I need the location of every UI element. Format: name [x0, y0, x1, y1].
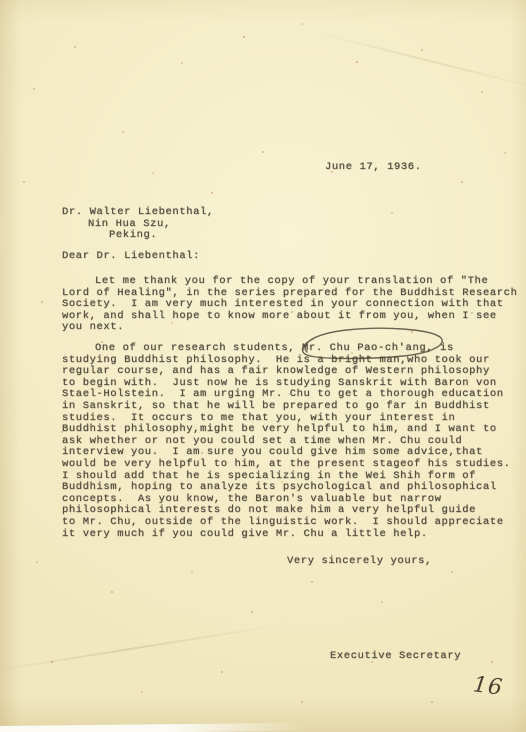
handwritten-page-number: 16: [472, 679, 503, 694]
recipient-city: Peking.: [62, 230, 214, 242]
closing-line: Very sincerely yours,: [287, 556, 432, 568]
letter-line: work, and shall hope to know more about …: [62, 311, 517, 323]
letter-line: Buddhism, hoping to analyze its psycholo…: [62, 482, 511, 494]
salutation: Dear Dr. Liebenthal:: [62, 251, 200, 263]
letter-line: you next.: [62, 322, 517, 334]
letter-line: Buddhist philosophy,might be very helpfu…: [62, 424, 511, 436]
letter-content: June 17, 1936. Dr. Walter Liebenthal, Ni…: [0, 0, 526, 732]
paragraph-1: Let me thank you for the copy of your tr…: [62, 276, 517, 334]
letter-line: would be very helpful to him, at the pre…: [62, 459, 511, 471]
letter-line: in Sanskrit, so that he will be prepared…: [62, 401, 511, 413]
letter-date: June 17, 1936.: [325, 162, 422, 174]
signature-title: Executive Secretary: [330, 651, 461, 663]
recipient-address: Dr. Walter Liebenthal, Nin Hua Szu, Peki…: [62, 207, 214, 242]
letter-line: One of our research students, Mr. Chu Pa…: [62, 343, 511, 355]
letter-line: Let me thank you for the copy of your tr…: [62, 276, 517, 288]
recipient-name: Dr. Walter Liebenthal,: [62, 207, 214, 219]
letter-scan-page: June 17, 1936. Dr. Walter Liebenthal, Ni…: [0, 0, 526, 732]
letter-line: to Mr. Chu, outside of the linguistic wo…: [62, 517, 511, 529]
paragraph-2: One of our research students, Mr. Chu Pa…: [62, 343, 511, 540]
letter-line: it very much if you could give Mr. Chu a…: [62, 529, 511, 541]
